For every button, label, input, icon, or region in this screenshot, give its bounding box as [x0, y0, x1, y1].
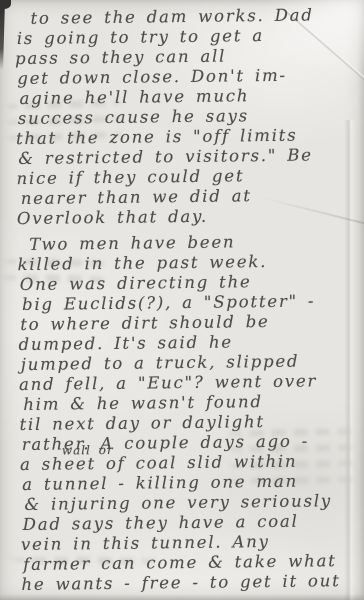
handwriting-line: Overlook that day.	[17, 205, 355, 229]
scanned-letter-page: to see the dam works. Dad is going to tr…	[0, 0, 364, 600]
bottom-edge-shadow	[0, 594, 364, 600]
handwriting-line: and fell, a "Euc"? went over	[19, 371, 357, 395]
letter-body: to see the dam works. Dad is going to tr…	[14, 5, 359, 595]
handwriting-line-with-insertion: wall or a sheet of coal slid within	[20, 451, 358, 475]
handwriting-line: & injuring one very seriously	[24, 491, 358, 515]
handwriting-line: big Euclids(?), a "Spotter" -	[22, 291, 356, 315]
handwriting-line: he wants - free - to get it out	[21, 571, 359, 595]
corner-blotch	[0, 0, 11, 9]
inserted-word-annotation: wall or	[62, 444, 114, 457]
handwriting-line: & restricted to visitors." Be	[18, 145, 354, 169]
handwriting-line: to see the dam works. Dad	[14, 5, 352, 29]
scan-edge-shadow	[0, 0, 5, 70]
